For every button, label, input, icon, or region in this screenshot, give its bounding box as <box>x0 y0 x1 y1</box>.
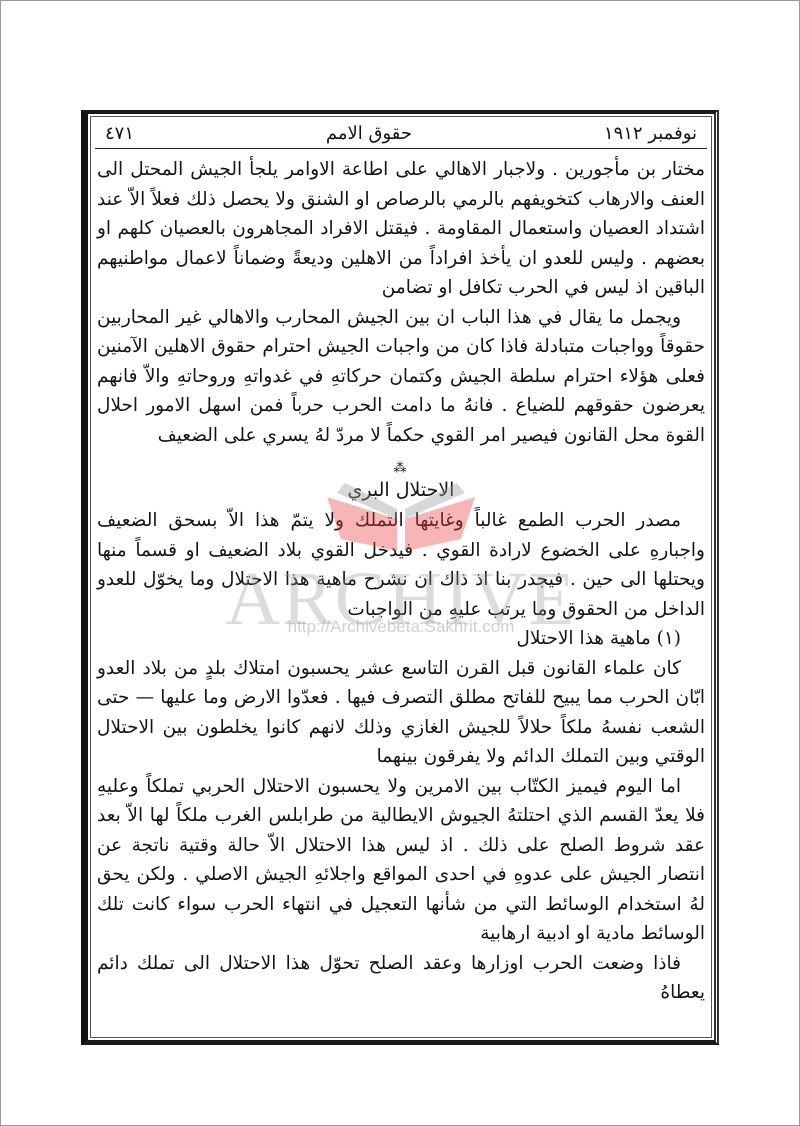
paragraph: مختار بن مأجورين . ولاجبار الاهالي على ا… <box>95 155 707 303</box>
paragraph: ويجمل ما يقال في هذا الباب ان بين الجيش … <box>95 303 707 451</box>
header-page-number: ٤٧١ <box>105 123 134 144</box>
section-separator-asterism: ⁂ <box>95 462 707 476</box>
body-text: مختار بن مأجورين . ولاجبار الاهالي على ا… <box>95 155 707 1008</box>
header-date: نوفمبر ١٩١٢ <box>604 123 697 144</box>
paragraph: مصدر الحرب الطمع غالباً وغايتها التملك و… <box>95 506 707 624</box>
header-journal-title: حقوق الامم <box>326 123 412 144</box>
section-title: الاحتلال البري <box>95 476 707 504</box>
subsection-heading: (١) ماهية هذا الاحتلال <box>95 624 707 654</box>
paragraph: كان علماء القانون قبل القرن التاسع عشر ي… <box>95 654 707 772</box>
running-header: نوفمبر ١٩١٢ حقوق الامم ٤٧١ <box>95 119 707 149</box>
paragraph: اما اليوم فيميز الكتّاب بين الامرين ولا … <box>95 772 707 949</box>
paragraph: فاذا وضعت الحرب اوزارها وعقد الصلح تحوّل… <box>95 949 707 1008</box>
document-page: نوفمبر ١٩١٢ حقوق الامم ٤٧١ مختار بن مأجو… <box>95 119 707 1008</box>
